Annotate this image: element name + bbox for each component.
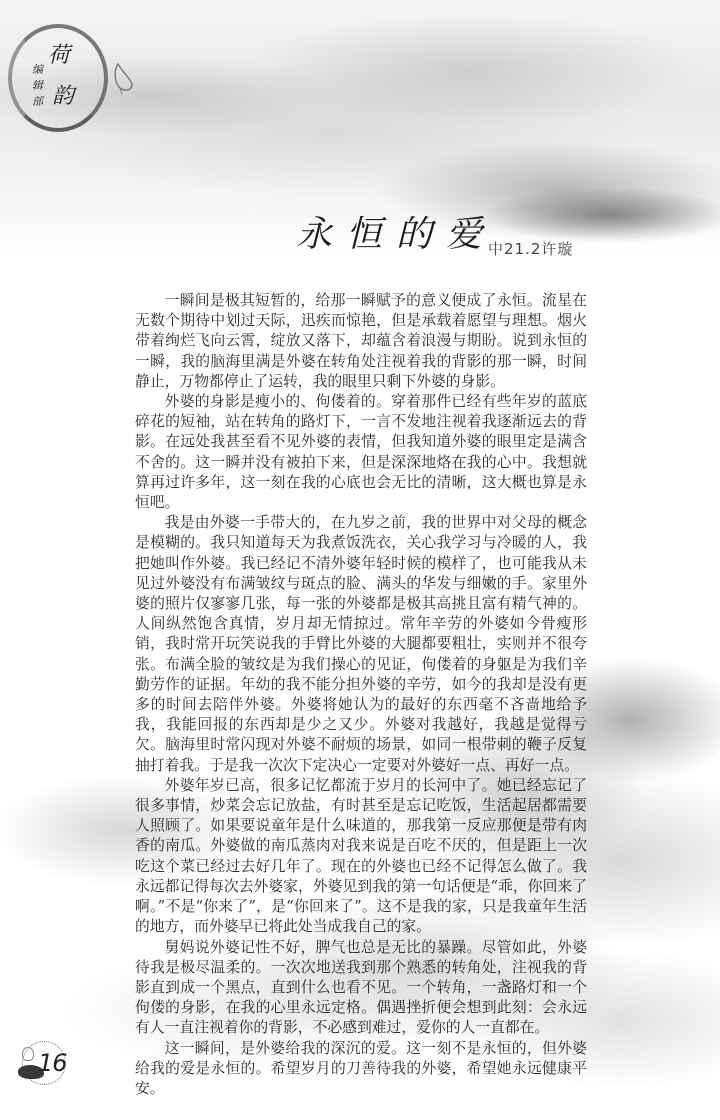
logo-char-1: 荷 — [48, 38, 70, 69]
paragraph: 我是由外婆一手带大的，在九岁之前，我的世界中对父母的概念是模糊的。我只知道每天为… — [135, 513, 587, 776]
paragraph: 外婆年岁已高，很多记忆都流于岁月的长河中了。她已经忘记了很多事情，炒菜会忘记放盐… — [135, 776, 587, 938]
paragraph: 舅妈说外婆记性不好，脾气也总是无比的暴躁。尽管如此，外婆待我是极尽温柔的。一次次… — [135, 938, 587, 1039]
column-logo: 荷 韵 编辑部 — [6, 24, 102, 134]
logo-char-2: 韵 — [52, 79, 74, 110]
butterfly-icon — [112, 62, 136, 98]
lotus-icon — [22, 1047, 34, 1061]
logo-subtitle: 编辑部 — [32, 62, 46, 110]
paragraph: 这一瞬间，是外婆给我的深沉的爱。这一刻不是永恒的，但外婆给我的爱是永恒的。希望岁… — [135, 1039, 587, 1100]
paragraph: 一瞬间是极其短暂的，给那一瞬赋予的意义便成了永恒。流星在无数个期待中划过天际，迅… — [135, 291, 587, 392]
page-number: 16 — [38, 1049, 67, 1077]
article-title: 永恒的爱 — [296, 206, 496, 257]
article-body: 一瞬间是极其短暂的，给那一瞬赋予的意义便成了永恒。流星在无数个期待中划过天际，迅… — [135, 291, 587, 1099]
article-byline: 中21.2许璇 — [488, 238, 573, 259]
page-number-badge: 16 — [14, 1039, 60, 1085]
paragraph: 外婆的身影是瘦小的、佝偻着的。穿着那件已经有些年岁的蓝底碎花的短袖，站在转角的路… — [135, 392, 587, 513]
